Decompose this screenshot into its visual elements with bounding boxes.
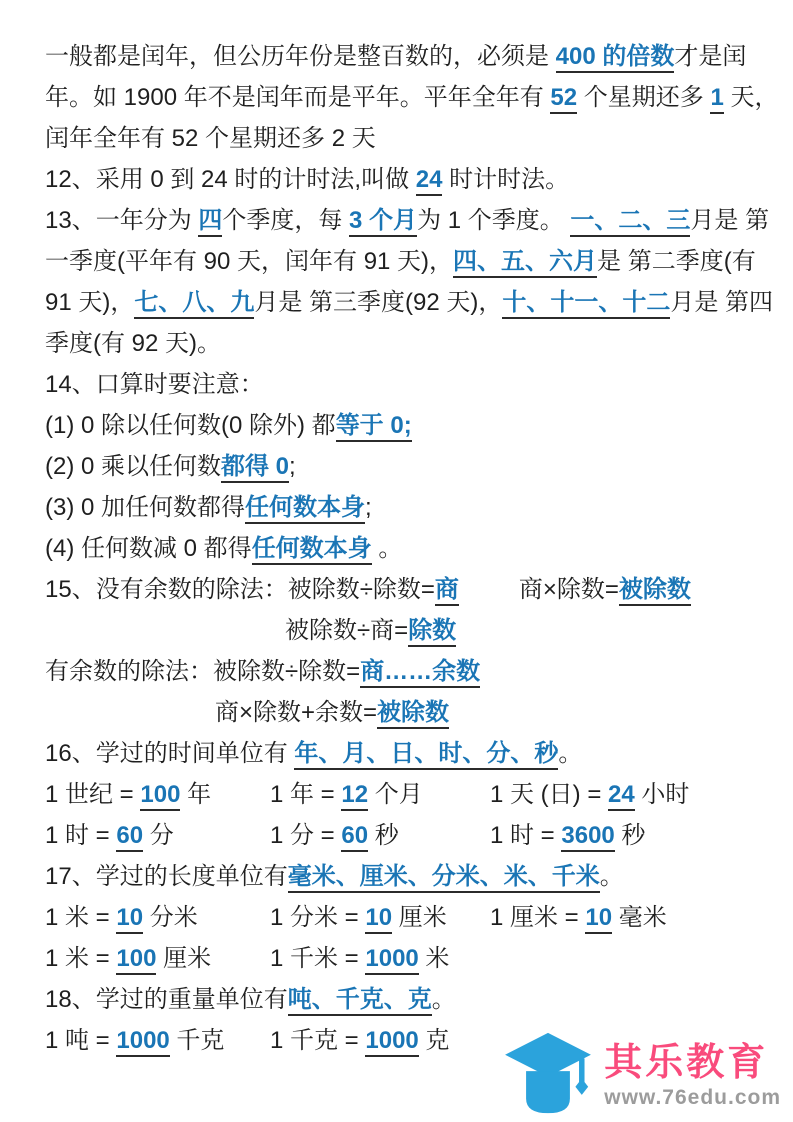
- highlighted-text: 400 的倍数: [556, 43, 675, 73]
- text-line: 13、一年分为 四个季度，每 3 个月为 1 个季度。 一、二、三月是 第: [45, 200, 765, 241]
- text-segment: 16、学过的时间单位有: [45, 740, 294, 767]
- text-line: 季度(有 92 天)。: [45, 323, 765, 364]
- text-line: 商×除数+余数=被除数: [45, 692, 765, 733]
- highlighted-text: 10: [585, 904, 612, 934]
- highlighted-text: 1000: [365, 1027, 418, 1057]
- text-segment: 13、一年分为: [45, 207, 198, 234]
- text-line: 一般都是闰年，但公历年份是整百数的，必须是 400 的倍数才是闰: [45, 36, 765, 77]
- text-line: 12、采用 0 到 24 时的计时法,叫做 24 时计时法。: [45, 159, 765, 200]
- highlighted-text: 3 个月: [349, 207, 417, 237]
- text-segment: 1 时 =: [490, 822, 561, 849]
- text-segment: ;: [289, 453, 296, 480]
- table-cell: 1 分 = 60 秒: [270, 815, 490, 856]
- text-segment: 15、没有余数的除法：被除数÷除数=: [45, 576, 435, 603]
- text-segment: 。: [372, 535, 403, 562]
- text-line: 1 米 = 100 厘米1 千米 = 1000 米: [45, 938, 765, 979]
- text-segment: 1 千米 =: [270, 945, 365, 972]
- text-segment: 商×除数=: [519, 576, 619, 603]
- text-segment: 时计时法。: [442, 166, 569, 193]
- text-segment: 1 厘米 =: [490, 904, 585, 931]
- logo-text: 其乐教育 www.76edu.com: [604, 1041, 781, 1111]
- text-segment: 。: [600, 863, 624, 890]
- text-segment: 月是 第四: [670, 289, 773, 316]
- graduation-cap-icon: [502, 1031, 594, 1120]
- text-segment: 秒: [368, 822, 399, 849]
- table-cell: 1 时 = 3600 秒: [490, 815, 765, 856]
- text-segment: 14、口算时要注意：: [45, 371, 264, 398]
- text-line: 被除数÷商=除数: [45, 610, 765, 651]
- text-segment: 1 分 =: [270, 822, 341, 849]
- text-segment: 被除数÷商=: [285, 617, 408, 644]
- highlighted-text: 等于 0;: [336, 412, 412, 442]
- highlighted-text: 10: [116, 904, 143, 934]
- document-body: 一般都是闰年，但公历年份是整百数的，必须是 400 的倍数才是闰年。如 1900…: [0, 0, 793, 1061]
- table-cell: 1 厘米 = 10 毫米: [490, 897, 765, 938]
- text-segment: (3) 0 加任何数都得: [45, 494, 245, 521]
- text-segment: 毫米: [612, 904, 667, 931]
- text-line: 有余数的除法：被除数÷除数=商……余数: [45, 651, 765, 692]
- highlighted-text: 十、十一、十二: [502, 289, 670, 319]
- highlighted-text: 年、月、日、时、分、秒: [294, 740, 558, 770]
- text-segment: 厘米: [392, 904, 447, 931]
- text-segment: 1 米 =: [45, 904, 116, 931]
- highlighted-text: 24: [416, 166, 443, 196]
- text-segment: 1 吨 =: [45, 1027, 116, 1054]
- text-line: 1 世纪 = 100 年1 年 = 12 个月1 天 (日) = 24 小时: [45, 774, 765, 815]
- text-line: 91 天)，七、八、九月是 第三季度(92 天)，十、十一、十二月是 第四: [45, 282, 765, 323]
- text-segment: 1 米 =: [45, 945, 116, 972]
- highlighted-text: 60: [116, 822, 143, 852]
- text-segment: 月是 第三季度(92 天)，: [254, 289, 502, 316]
- text-segment: 1 分米 =: [270, 904, 365, 931]
- text-segment: 秒: [615, 822, 646, 849]
- table-cell: 1 世纪 = 100 年: [45, 774, 270, 815]
- text-line: 1 时 = 60 分1 分 = 60 秒1 时 = 3600 秒: [45, 815, 765, 856]
- table-cell: 1 天 (日) = 24 小时: [490, 774, 765, 815]
- text-segment: 米: [419, 945, 450, 972]
- highlighted-text: 100: [116, 945, 156, 975]
- text-segment: 分米: [143, 904, 198, 931]
- text-segment: 月是 第: [690, 207, 769, 234]
- text-line: 18、学过的重量单位有吨、千克、克。: [45, 979, 765, 1020]
- text-segment: 克: [419, 1027, 450, 1054]
- text-segment: 小时: [635, 781, 690, 808]
- highlighted-text: 1000: [116, 1027, 169, 1057]
- highlighted-text: 24: [608, 781, 635, 811]
- highlighted-text: 吨、千克、克: [288, 986, 432, 1016]
- highlighted-text: 除数: [408, 617, 456, 647]
- text-line: 17、学过的长度单位有毫米、厘米、分米、米、千米。: [45, 856, 765, 897]
- text-segment: 天，: [724, 84, 779, 111]
- table-cell: 1 吨 = 1000 千克: [45, 1020, 270, 1061]
- highlighted-text: 四、五、六月: [453, 248, 597, 278]
- text-segment: 一般都是闰年，但公历年份是整百数的，必须是: [45, 43, 556, 70]
- highlighted-text: 60: [341, 822, 368, 852]
- highlighted-text: 四: [198, 207, 222, 237]
- table-cell: 1 年 = 12 个月: [270, 774, 490, 815]
- table-cell: 1 分米 = 10 厘米: [270, 897, 490, 938]
- text-segment: 个季度，每: [222, 207, 349, 234]
- text-segment: 一季度(平年有 90 天，闰年有 91 天)，: [45, 248, 453, 275]
- text-segment: 年: [180, 781, 211, 808]
- highlighted-text: 任何数本身: [252, 535, 372, 565]
- text-segment: 12、采用 0 到 24 时的计时法,叫做: [45, 166, 416, 193]
- table-cell: 1 米 = 100 厘米: [45, 938, 270, 979]
- text-segment: 1 时 =: [45, 822, 116, 849]
- text-segment: 闰年全年有 52 个星期还多 2 天: [45, 125, 376, 152]
- text-segment: 为 1 个季度。: [417, 207, 570, 234]
- text-line: 年。如 1900 年不是闰年而是平年。平年全年有 52 个星期还多 1 天，: [45, 77, 765, 118]
- text-segment: ;: [365, 494, 372, 521]
- text-segment: 91 天)，: [45, 289, 134, 316]
- text-segment: 年。如 1900 年不是闰年而是平年。平年全年有: [45, 84, 550, 111]
- text-segment: 。: [432, 986, 456, 1013]
- text-segment: 18、学过的重量单位有: [45, 986, 288, 1013]
- text-segment: 。: [558, 740, 582, 767]
- text-segment: 1 千克 =: [270, 1027, 365, 1054]
- text-segment: 个星期还多: [577, 84, 710, 111]
- logo-brand: 其乐教育: [604, 1041, 781, 1085]
- text-line: 16、学过的时间单位有 年、月、日、时、分、秒。: [45, 733, 765, 774]
- text-segment: 1 天 (日) =: [490, 781, 608, 808]
- text-line: 14、口算时要注意：: [45, 364, 765, 405]
- text-line: (2) 0 乘以任何数都得 0;: [45, 446, 765, 487]
- text-line: 1 米 = 10 分米1 分米 = 10 厘米1 厘米 = 10 毫米: [45, 897, 765, 938]
- highlighted-text: 100: [140, 781, 180, 811]
- table-cell: 1 时 = 60 分: [45, 815, 270, 856]
- text-line: (1) 0 除以任何数(0 除外) 都等于 0;: [45, 405, 765, 446]
- highlighted-text: 商……余数: [360, 658, 480, 688]
- highlighted-text: 1000: [365, 945, 418, 975]
- text-line: 闰年全年有 52 个星期还多 2 天: [45, 118, 765, 159]
- highlighted-text: 1: [710, 84, 723, 114]
- text-segment: 1 世纪 =: [45, 781, 140, 808]
- text-segment: 有余数的除法：被除数÷除数=: [45, 658, 360, 685]
- text-line: (3) 0 加任何数都得任何数本身;: [45, 487, 765, 528]
- text-segment: 个月: [368, 781, 423, 808]
- text-segment: 厘米: [156, 945, 211, 972]
- highlighted-text: 商: [435, 576, 459, 606]
- logo: 其乐教育 www.76edu.com: [502, 1031, 781, 1120]
- text-line: 一季度(平年有 90 天，闰年有 91 天)，四、五、六月是 第二季度(有: [45, 241, 765, 282]
- highlighted-text: 一、二、三: [570, 207, 690, 237]
- text-line: (4) 任何数减 0 都得任何数本身 。: [45, 528, 765, 569]
- text-segment: (1) 0 除以任何数(0 除外) 都: [45, 412, 336, 439]
- text-segment: 才是闰: [674, 43, 746, 70]
- highlighted-text: 都得 0: [221, 453, 289, 483]
- highlighted-text: 毫米、厘米、分米、米、千米: [288, 863, 600, 893]
- text-segment: 分: [143, 822, 174, 849]
- text-segment: 商×除数+余数=: [215, 699, 377, 726]
- highlighted-text: 52: [550, 84, 577, 114]
- document-page: 一般都是闰年，但公历年份是整百数的，必须是 400 的倍数才是闰年。如 1900…: [0, 0, 793, 1122]
- highlighted-text: 10: [365, 904, 392, 934]
- text-segment: 千克: [170, 1027, 225, 1054]
- highlighted-text: 七、八、九: [134, 289, 254, 319]
- text-segment: (4) 任何数减 0 都得: [45, 535, 252, 562]
- text-segment: (2) 0 乘以任何数: [45, 453, 221, 480]
- text-segment: 1 年 =: [270, 781, 341, 808]
- highlighted-text: 被除数: [377, 699, 449, 729]
- highlighted-text: 3600: [561, 822, 614, 852]
- text-segment: 17、学过的长度单位有: [45, 863, 288, 890]
- highlighted-text: 被除数: [619, 576, 691, 606]
- highlighted-text: 12: [341, 781, 368, 811]
- table-cell: 1 千克 = 1000 克: [270, 1020, 490, 1061]
- text-line: 15、没有余数的除法：被除数÷除数=商商×除数=被除数: [45, 569, 765, 610]
- table-cell: 1 千米 = 1000 米: [270, 938, 490, 979]
- highlighted-text: 任何数本身: [245, 494, 365, 524]
- logo-url: www.76edu.com: [604, 1085, 781, 1111]
- text-segment: 是 第二季度(有: [597, 248, 756, 275]
- table-cell: 1 米 = 10 分米: [45, 897, 270, 938]
- text-segment: 季度(有 92 天)。: [45, 330, 221, 357]
